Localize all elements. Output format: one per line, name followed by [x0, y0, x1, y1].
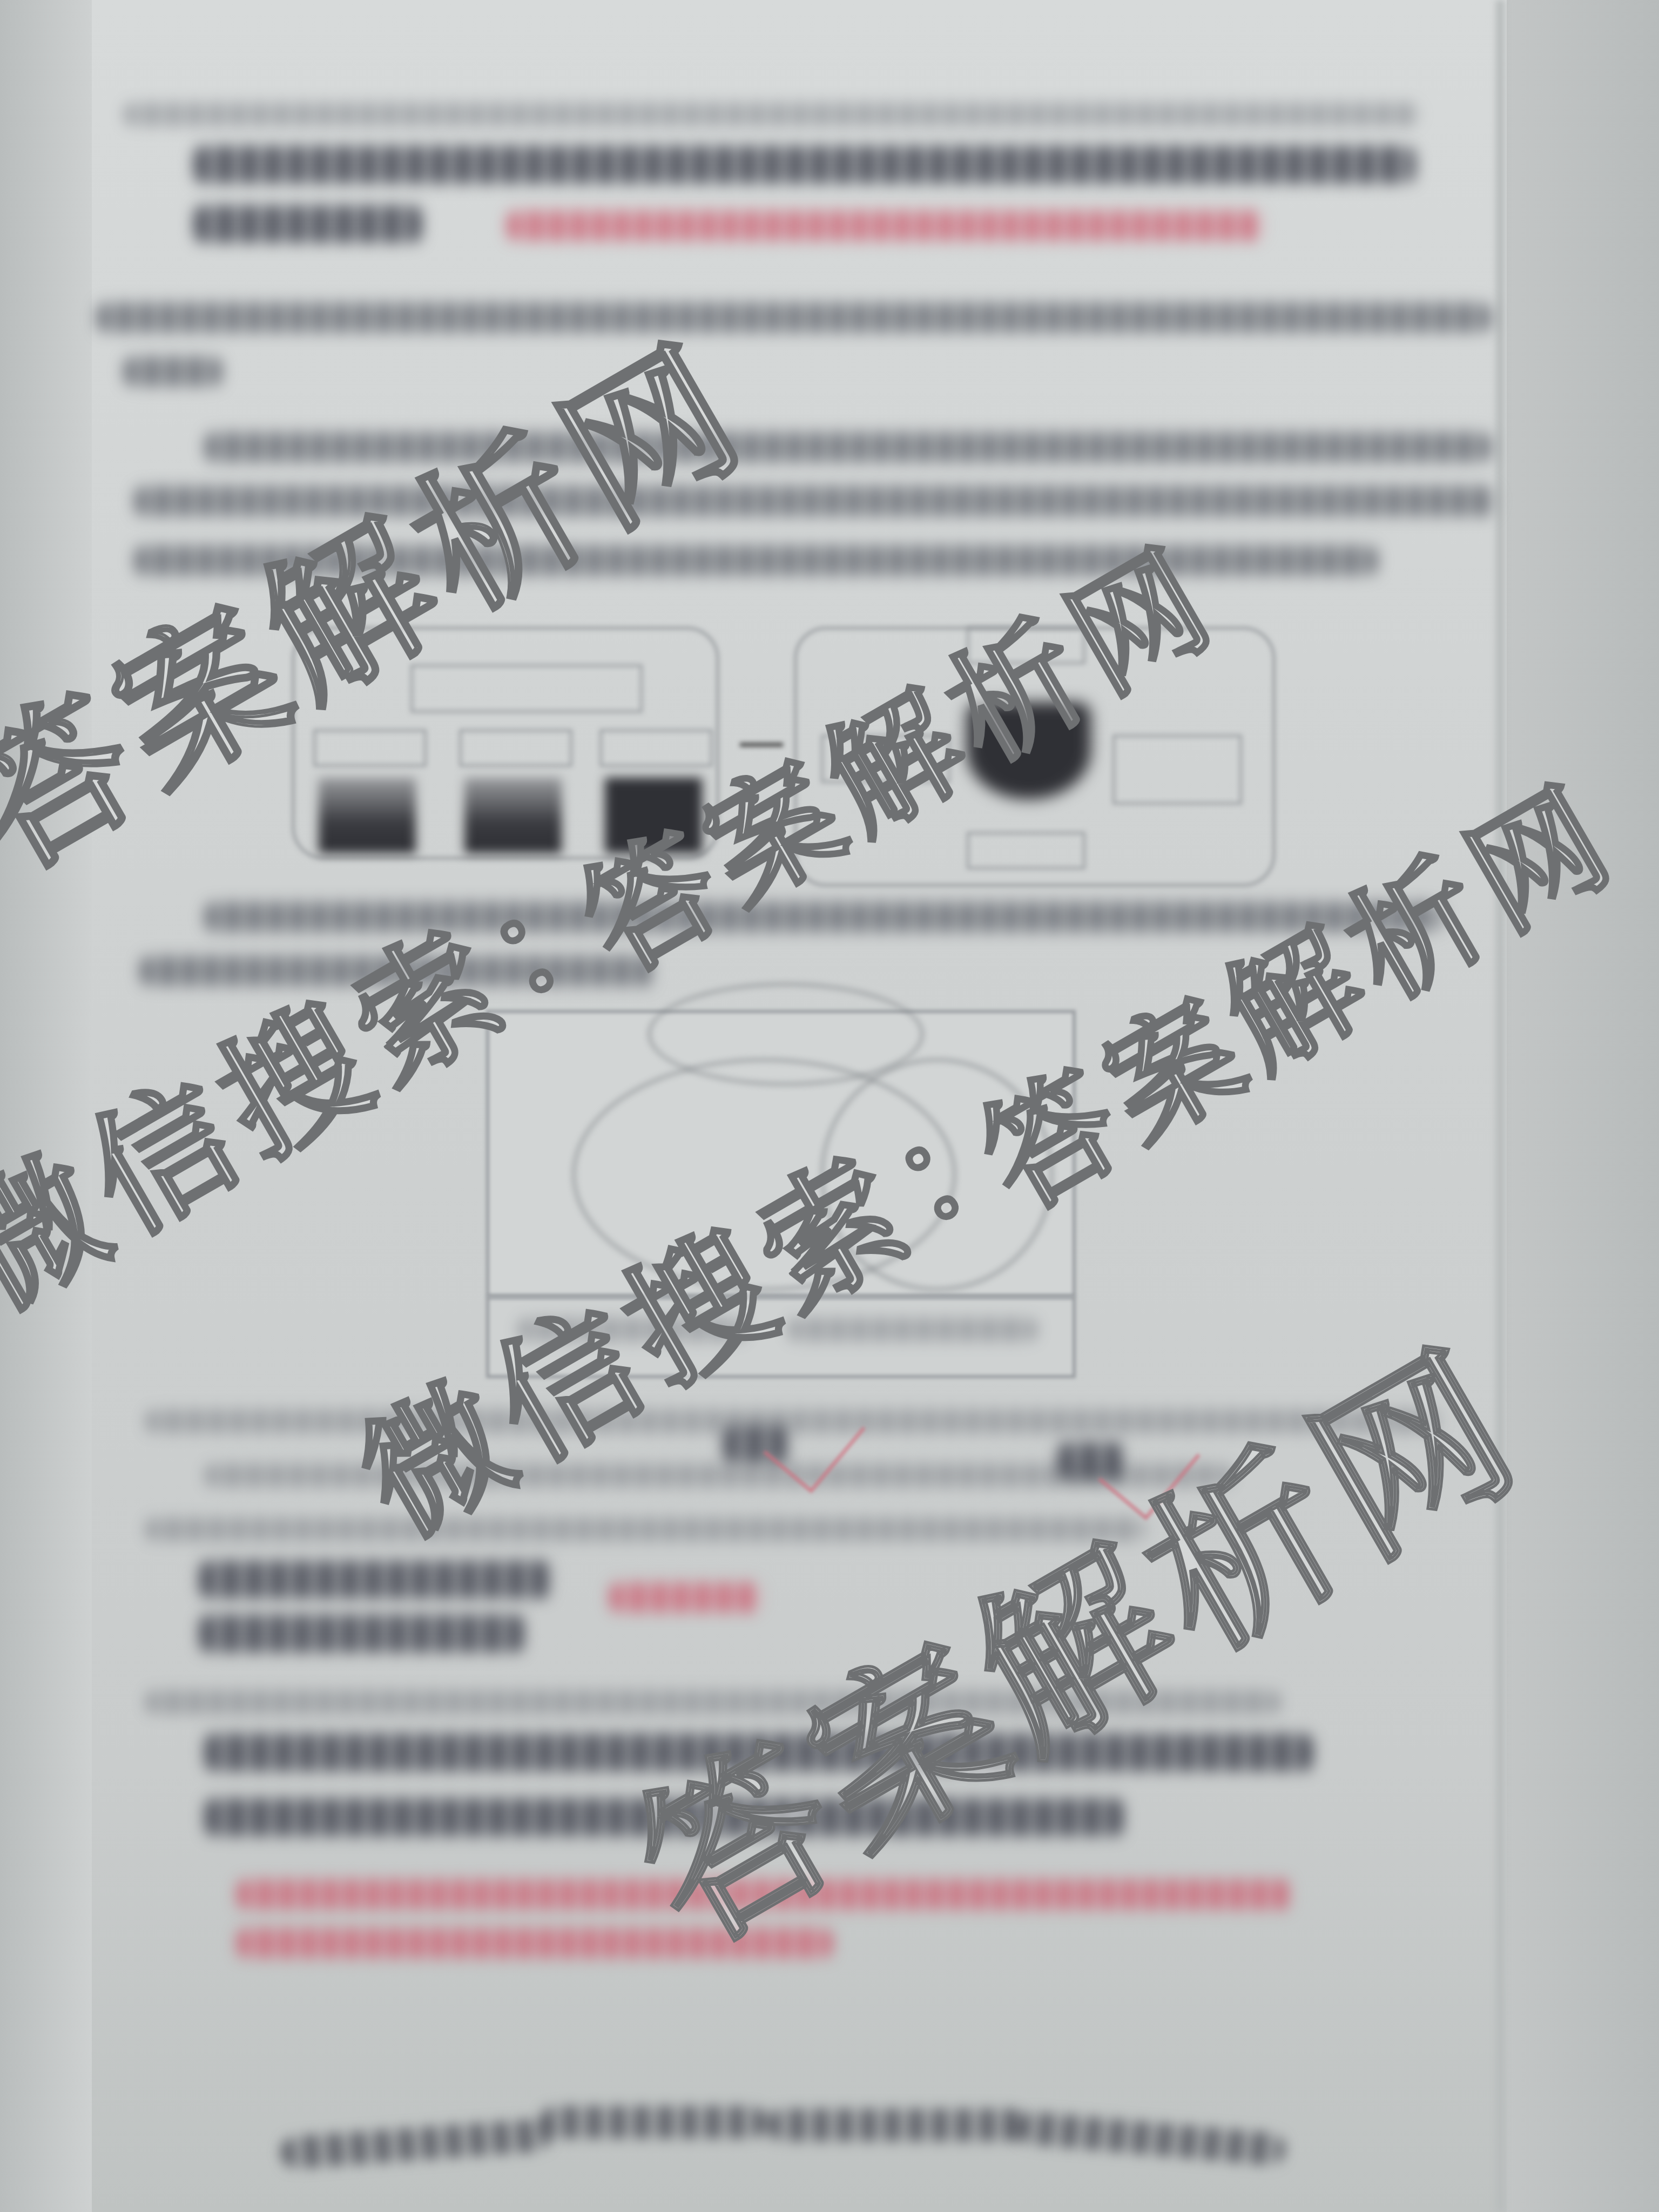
book-spine	[1496, 0, 1505, 2212]
